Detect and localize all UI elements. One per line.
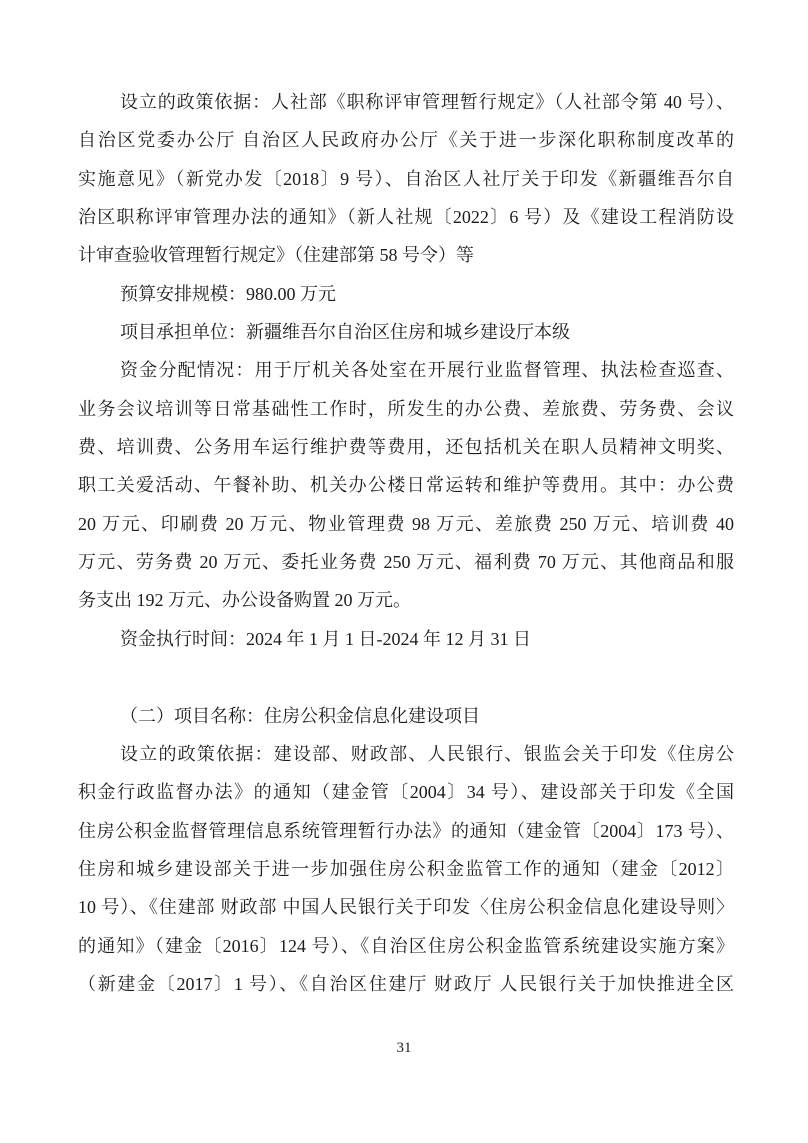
document-page: 设立的政策依据：人社部《职称评审管理暂行规定》（人社部令第 40 号）、自治区党… (0, 0, 808, 1143)
document-line: 计审查验收管理暂行规定》（住建部第 58 号令）等 (78, 236, 734, 274)
document-line: 治区职称评审管理办法的通知》（新人社规〔2022〕6 号）及《建设工程消防设 (78, 198, 734, 236)
document-line: 10 号）、《住建部 财政部 中国人民银行关于印发〈住房公积金信息化建设导则〉 (78, 888, 734, 926)
document-line: 积金行政监督办法》的通知（建金管〔2004〕34 号）、建设部关于印发《全国 (78, 773, 734, 811)
document-line: 设立的政策依据：人社部《职称评审管理暂行规定》（人社部令第 40 号）、 (78, 83, 734, 121)
document-line: 的通知》（建金〔2016〕124 号）、《自治区住房公积金监管系统建设实施方案》 (78, 927, 734, 965)
document-body: 设立的政策依据：人社部《职称评审管理暂行规定》（人社部令第 40 号）、自治区党… (78, 83, 734, 1003)
document-line: 务支出 192 万元、办公设备购置 20 万元。 (78, 581, 734, 619)
document-line: 业务会议培训等日常基础性工作时，所发生的办公费、差旅费、劳务费、会议 (78, 390, 734, 428)
document-line: （新建金〔2017〕1 号）、《自治区住建厅 财政厅 人民银行关于加快推进全区 (78, 965, 734, 1003)
document-line: 万元、劳务费 20 万元、委托业务费 250 万元、福利费 70 万元、其他商品… (78, 543, 734, 581)
document-line: 自治区党委办公厅 自治区人民政府办公厅《关于进一步深化职称制度改革的 (78, 121, 734, 159)
blank-line (78, 658, 734, 696)
document-line: 实施意见》（新党办发〔2018〕9 号）、自治区人社厅关于印发《新疆维吾尔自 (78, 160, 734, 198)
document-line: 费、培训费、公务用车运行维护费等费用，还包括机关在职人员精神文明奖、 (78, 428, 734, 466)
document-line: 职工关爱活动、午餐补助、机关办公楼日常运转和维护等费用。其中：办公费 (78, 466, 734, 504)
document-line: 项目承担单位：新疆维吾尔自治区住房和城乡建设厅本级 (78, 313, 734, 351)
page-footer: 31 (0, 1040, 808, 1057)
document-line: 资金分配情况：用于厅机关各处室在开展行业监督管理、执法检查巡查、 (78, 351, 734, 389)
document-line: 设立的政策依据：建设部、财政部、人民银行、银监会关于印发《住房公 (78, 735, 734, 773)
document-line: 预算安排规模：980.00 万元 (78, 275, 734, 313)
document-line: 20 万元、印刷费 20 万元、物业管理费 98 万元、差旅费 250 万元、培… (78, 505, 734, 543)
page-number: 31 (397, 1040, 412, 1056)
document-line: 住房和城乡建设部关于进一步加强住房公积金监管工作的通知（建金〔2012〕 (78, 850, 734, 888)
document-line: 资金执行时间：2024 年 1 月 1 日-2024 年 12 月 31 日 (78, 620, 734, 658)
document-line: （二）项目名称：住房公积金信息化建设项目 (78, 697, 734, 735)
document-line: 住房公积金监督管理信息系统管理暂行办法》的通知（建金管〔2004〕173 号）、 (78, 812, 734, 850)
